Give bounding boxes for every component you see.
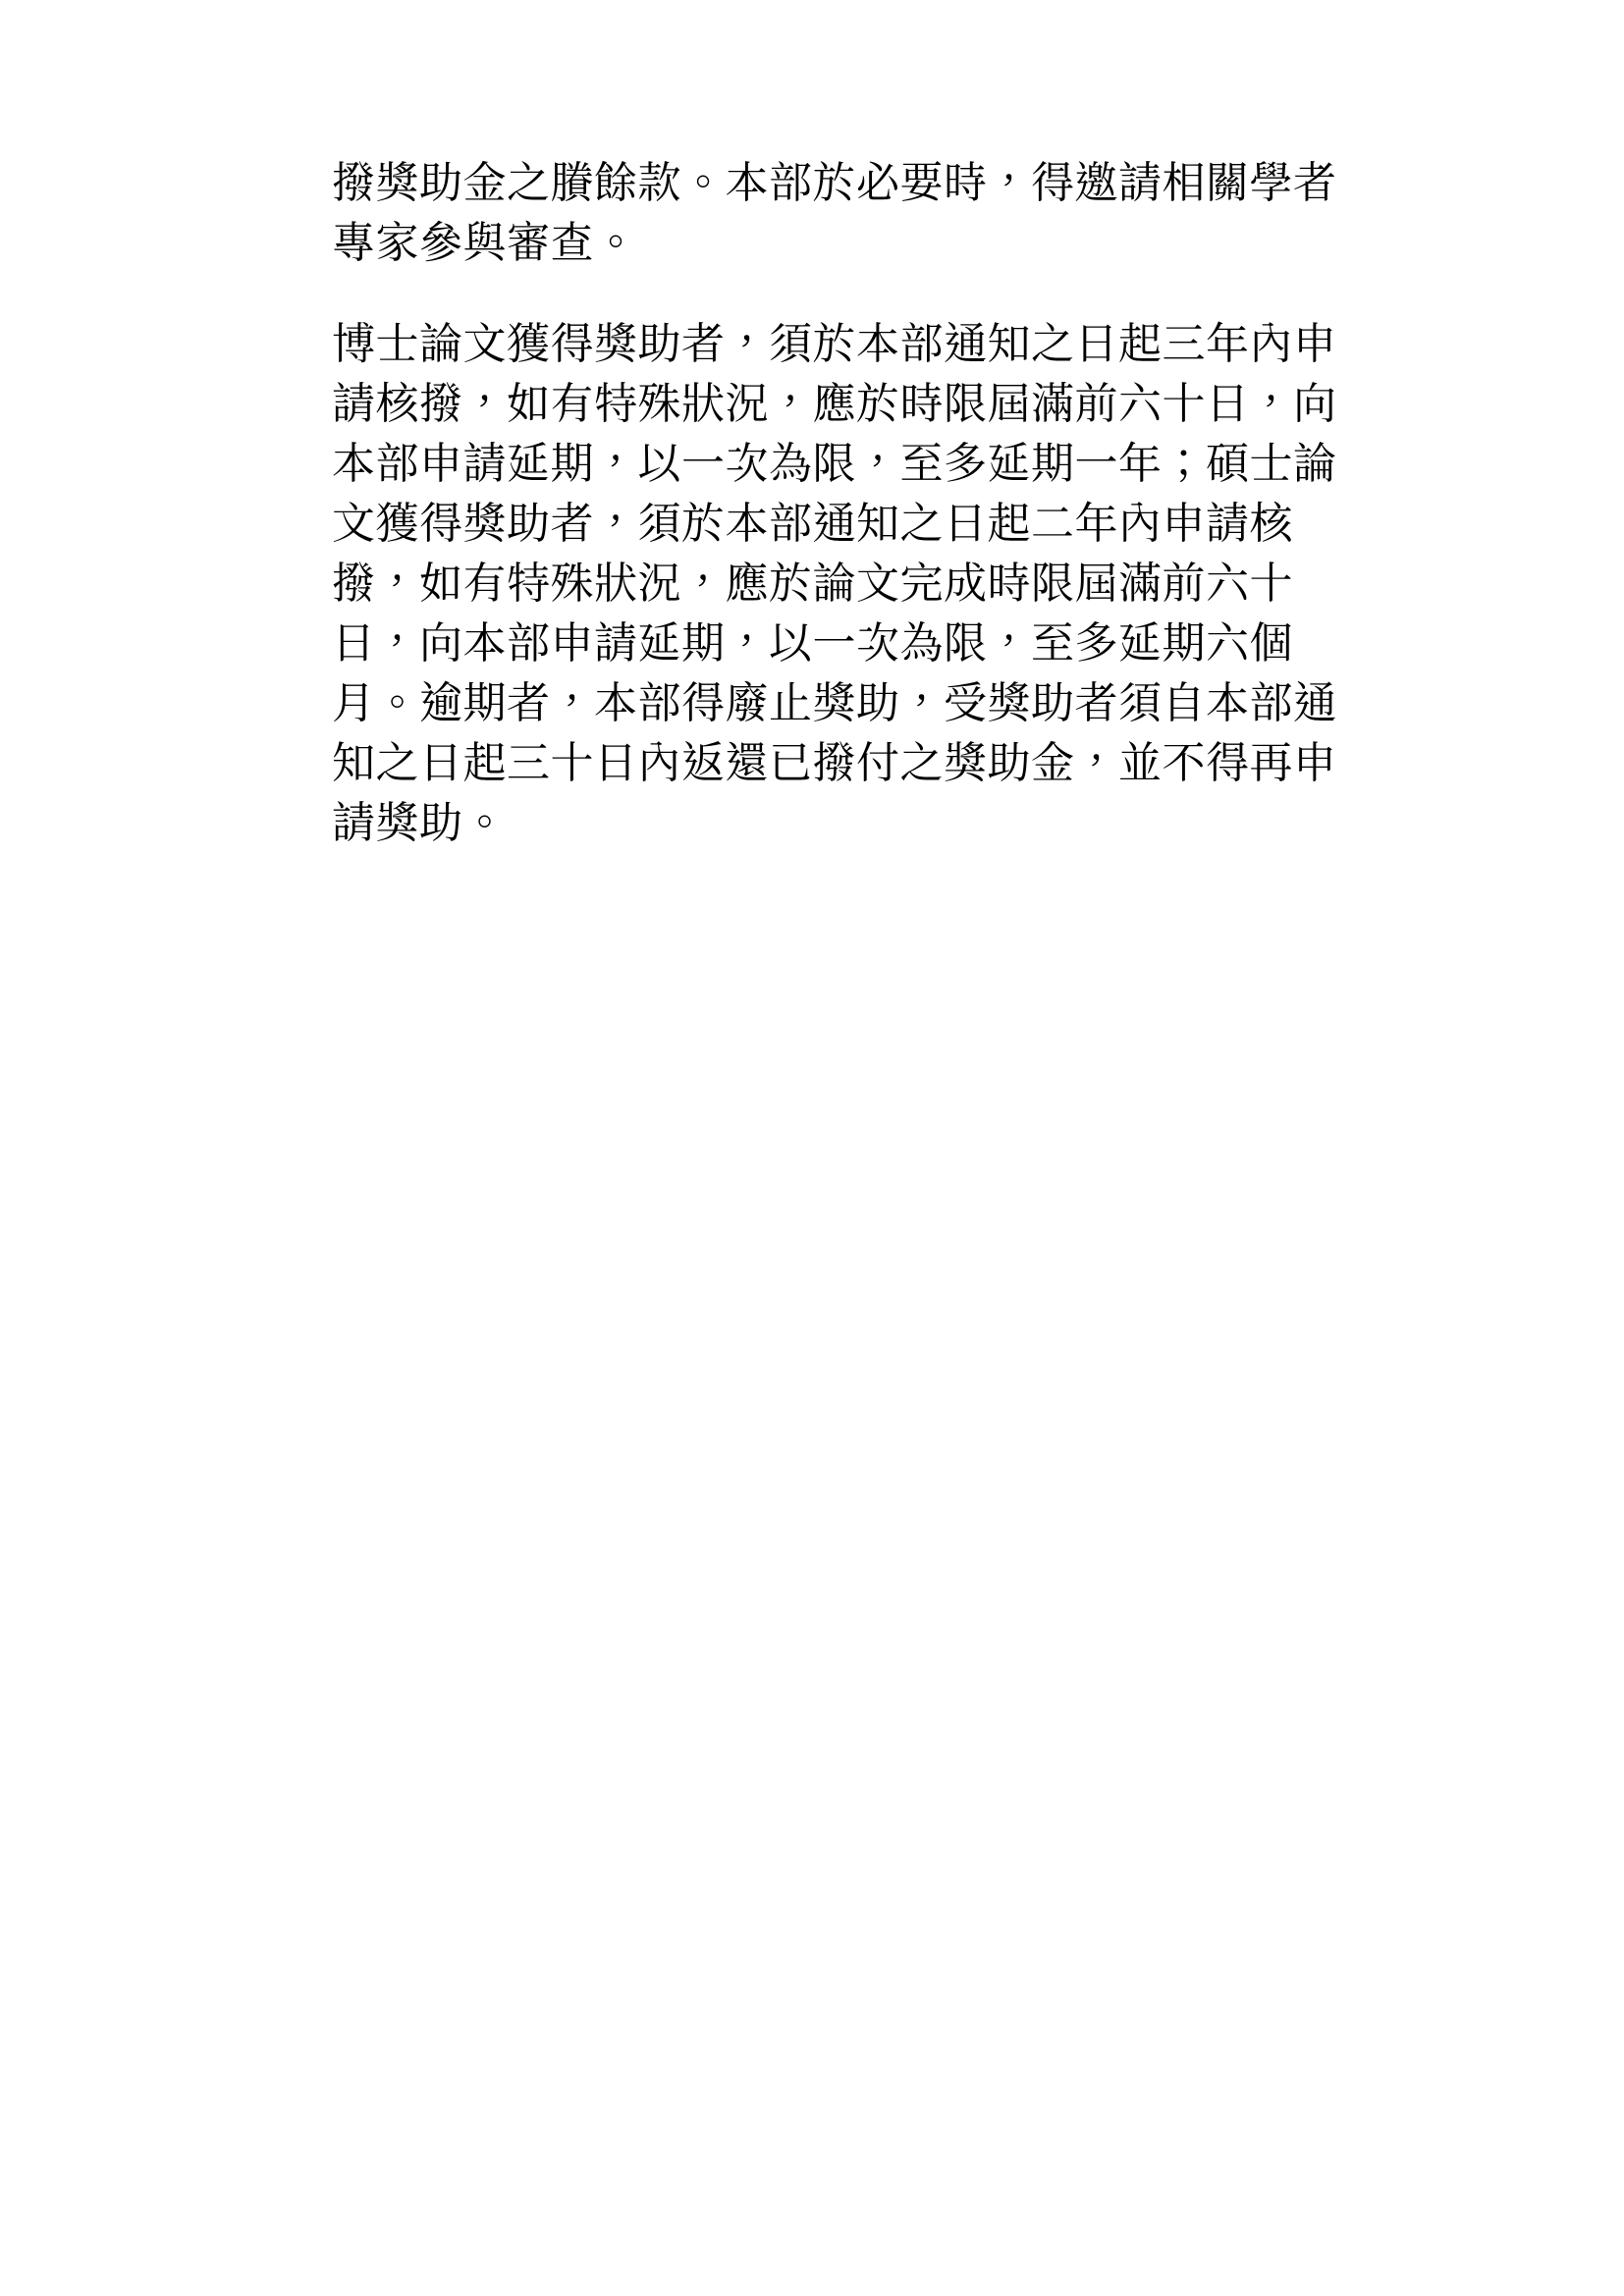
- text-line: 專家參與審查。: [332, 213, 1349, 273]
- text-line: 日，向本部申請延期，以一次為限，至多延期六個: [332, 614, 1349, 673]
- document-page: 撥獎助金之賸餘款。本部於必要時，得邀請相關學者 專家參與審查。 博士論文獲得獎助…: [0, 0, 1624, 2296]
- text-line: 本部申請延期，以一次為限，至多延期一年；碩士論: [332, 434, 1349, 494]
- text-line: 撥獎助金之賸餘款。本部於必要時，得邀請相關學者: [332, 153, 1349, 213]
- text-line: 博士論文獲得獎助者，須於本部通知之日起三年內申: [332, 314, 1349, 374]
- text-line: 撥，如有特殊狀況，應於論文完成時限屆滿前六十: [332, 554, 1349, 614]
- text-line: 月。逾期者，本部得廢止獎助，受獎助者須自本部通: [332, 673, 1349, 733]
- paragraph-1: 撥獎助金之賸餘款。本部於必要時，得邀請相關學者 專家參與審查。: [332, 153, 1349, 273]
- text-line: 請核撥，如有特殊狀況，應於時限屆滿前六十日，向: [332, 374, 1349, 434]
- document-text-block: 撥獎助金之賸餘款。本部於必要時，得邀請相關學者 專家參與審查。 博士論文獲得獎助…: [332, 153, 1349, 853]
- text-line: 文獲得獎助者，須於本部通知之日起二年內申請核: [332, 494, 1349, 554]
- text-line: 請獎助。: [332, 793, 1349, 853]
- text-line: 知之日起三十日內返還已撥付之獎助金，並不得再申: [332, 733, 1349, 793]
- paragraph-2: 博士論文獲得獎助者，須於本部通知之日起三年內申 請核撥，如有特殊狀況，應於時限屆…: [332, 314, 1349, 853]
